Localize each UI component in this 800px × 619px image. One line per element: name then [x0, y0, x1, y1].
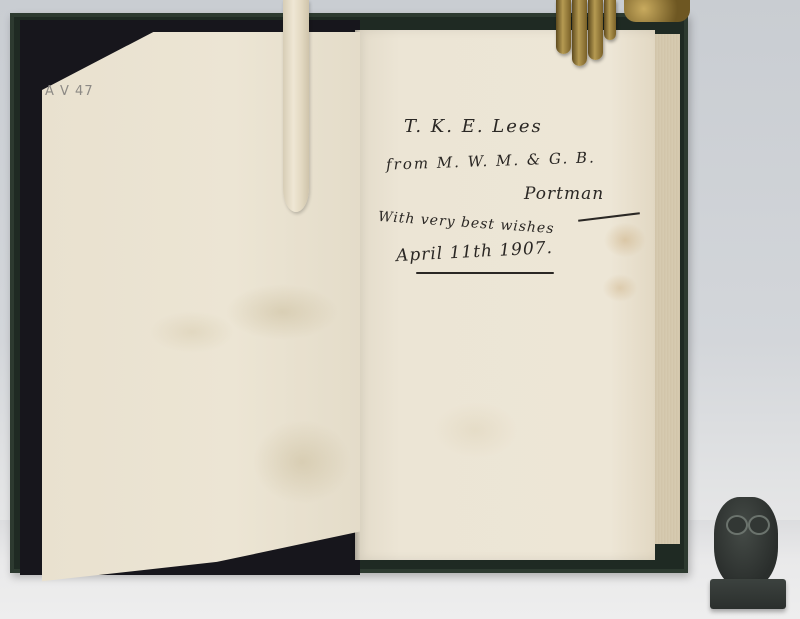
page-block-edge — [652, 34, 680, 544]
brass-finger — [588, 0, 603, 60]
brass-finger — [556, 0, 571, 54]
bone-paper-knife-icon — [283, 0, 309, 212]
brass-ornament-icon — [624, 0, 690, 22]
free-endpaper — [42, 32, 360, 584]
owl-book-base — [710, 579, 786, 609]
inscribed-page — [355, 30, 655, 560]
ink-flourish — [578, 212, 640, 222]
inscription-wishes: With very best wishes — [378, 209, 555, 237]
brass-hand-clip-icon — [556, 0, 620, 66]
owl-body — [714, 497, 778, 589]
photo-scene: A V 47 T. K. E. Lees from M. W. M. & G. … — [0, 0, 800, 619]
owl-eye — [726, 515, 748, 535]
handwritten-inscription: T. K. E. Lees from M. W. M. & G. B. Port… — [378, 112, 648, 292]
owl-eye — [748, 515, 770, 535]
ink-underline — [416, 272, 554, 274]
brass-finger — [572, 0, 587, 66]
owl-figurine-icon — [710, 497, 790, 612]
inscription-date: April 11th 1907. — [396, 238, 554, 266]
inscription-surname: Portman — [524, 184, 604, 204]
inscription-recipient: T. K. E. Lees — [404, 116, 543, 137]
pencil-shelf-mark: A V 47 — [45, 84, 94, 99]
brass-finger — [604, 0, 616, 40]
inscription-from: from M. W. M. & G. B. — [386, 148, 596, 173]
